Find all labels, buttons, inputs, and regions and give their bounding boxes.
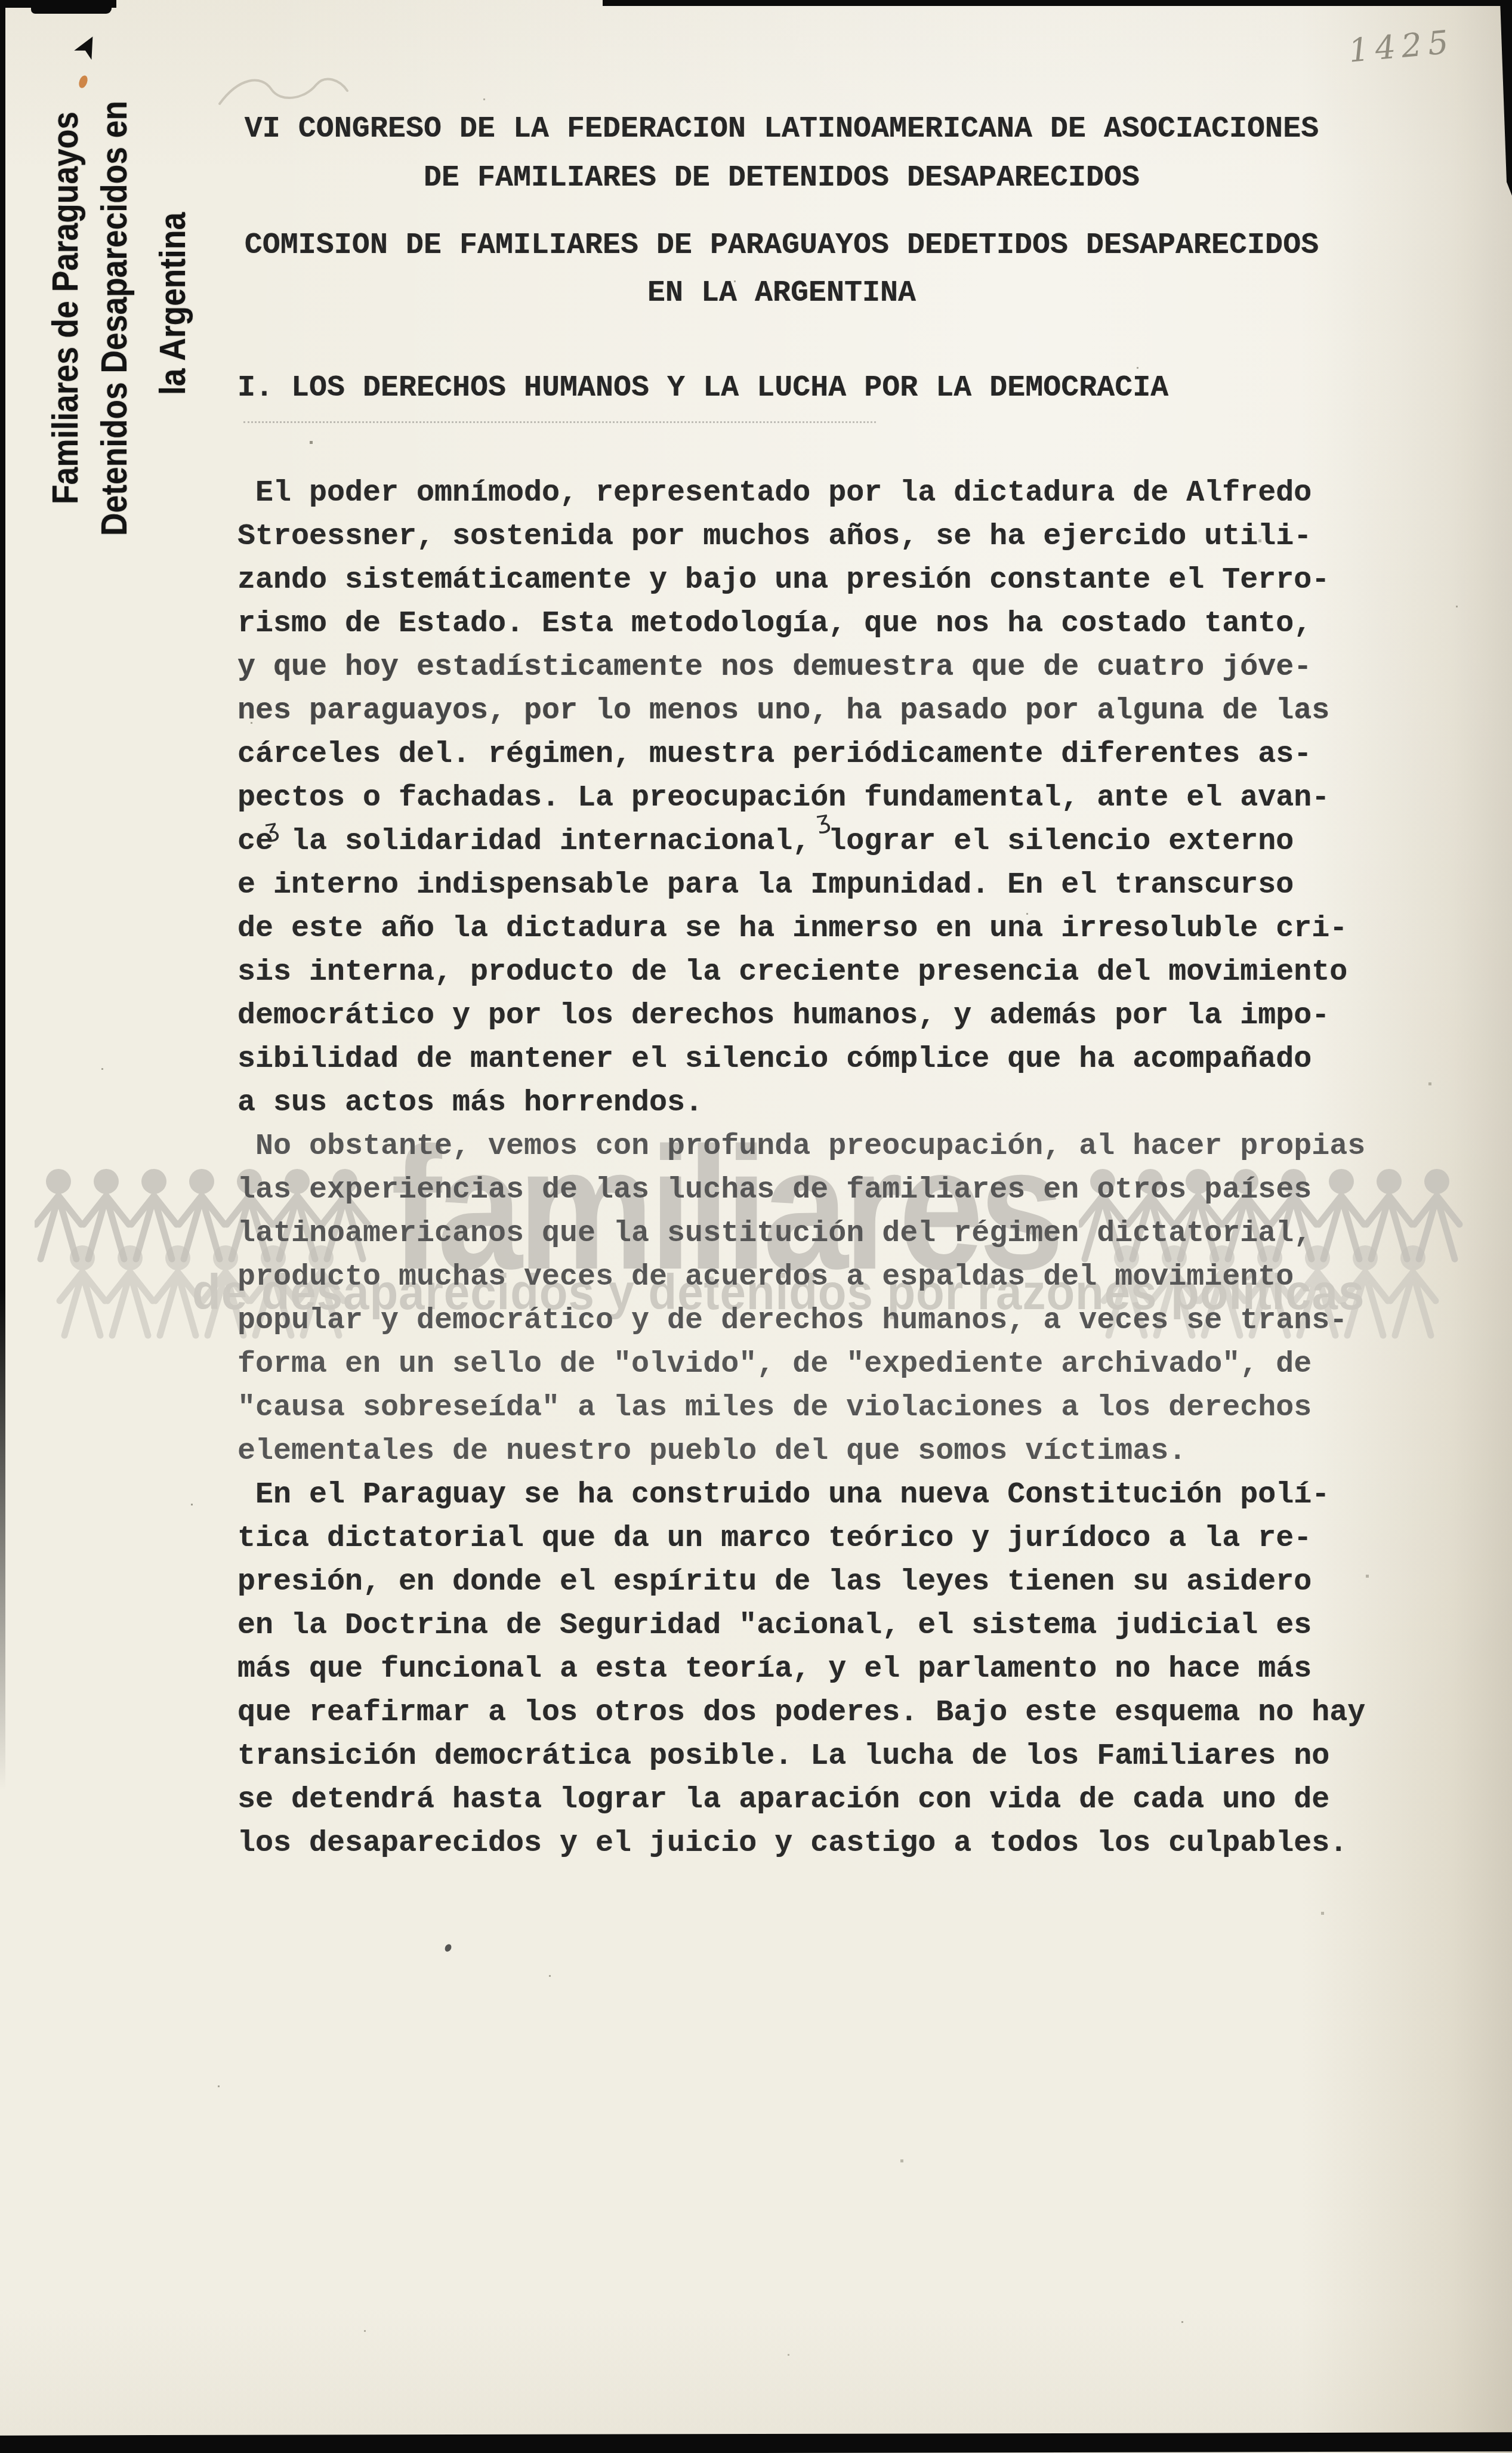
- body-text-line: forma en un sello de "olvido", de "exped…: [237, 1343, 1365, 1386]
- body-text-line: elementales de nuestro pueblo del que so…: [237, 1430, 1365, 1473]
- body-text-line: latinoamericanos que la sustitución del …: [237, 1212, 1365, 1255]
- body-text-line: pectos o fachadas. La preocupación funda…: [237, 776, 1365, 820]
- margin-stamp-line: Familiares de Paraguayos: [42, 112, 90, 504]
- body-text-line: rismo de Estado. Esta metodología, que n…: [237, 602, 1365, 646]
- scan-edge-artifact: [0, 0, 5, 1790]
- body-text-line: los desaparecidos y el juicio y castigo …: [237, 1822, 1365, 1865]
- pencil-scribble: [215, 67, 352, 126]
- body-text-line: En el Paraguay se ha construido una nuev…: [237, 1473, 1365, 1517]
- document-title-line: EN LA ARGENTINA: [203, 276, 1360, 310]
- body-text-line: y que hoy estadísticamente nos demuestra…: [237, 646, 1365, 689]
- body-text-line: No obstante, vemos con profunda preocupa…: [237, 1125, 1365, 1168]
- body-text-line: que reafirmar a los otros dos poderes. B…: [237, 1691, 1365, 1735]
- document-title-line: COMISION DE FAMILIARES DE PARAGUAYOS DED…: [203, 229, 1360, 263]
- scan-edge-artifact: [31, 0, 112, 14]
- body-text-line: Stroessner, sostenida por muchos años, s…: [237, 515, 1365, 559]
- body-text-line: popular y democrático y de derechos huma…: [237, 1299, 1365, 1343]
- body-text-line: ce la solidaridad internacional, lograr …: [237, 820, 1365, 863]
- body-text-line: El poder omnímodo, representado por la d…: [237, 471, 1365, 515]
- scan-edge-artifact: [1500, 0, 1512, 196]
- scan-edge-artifact: [0, 2432, 1512, 2453]
- body-text-line: las experiencias de las luchas de famili…: [237, 1168, 1365, 1212]
- body-text-line: e interno indispensable para la Impunida…: [237, 863, 1365, 907]
- stamp-arrow-icon: ➤: [65, 27, 109, 67]
- body-text-line: presión, en donde el espíritu de las ley…: [237, 1560, 1365, 1604]
- body-text-line: transición democrática posible. La lucha…: [237, 1735, 1365, 1778]
- heading-underline: [243, 421, 876, 423]
- body-text-line: a sus actos más horrendos.: [237, 1081, 1365, 1125]
- body-text-line: democrático y por los derechos humanos, …: [237, 994, 1365, 1038]
- scan-edge-artifact: [603, 0, 1512, 6]
- document-title-line: DE FAMILIARES DE DETENIDOS DESAPARECIDOS: [203, 161, 1360, 195]
- scanned-document-page: familiares de desaparecidos y detenidos …: [0, 0, 1512, 2453]
- body-text-line: zando sistemáticamente y bajo una presió…: [237, 559, 1365, 602]
- body-text-line: sibilidad de mantener el silencio cómpli…: [237, 1038, 1365, 1081]
- body-text-line: producto muchas veces de acuerdos a espa…: [237, 1255, 1365, 1299]
- body-text-line: tica dictatorial que da un marco teórico…: [237, 1517, 1365, 1560]
- margin-stamp-line: la Argentina: [149, 212, 197, 395]
- margin-stamp-line: Detenidos Desaparecidos en: [91, 101, 138, 536]
- scan-noise-speckles: [0, 0, 2, 2]
- body-text: El poder omnímodo, representado por la d…: [237, 471, 1365, 1865]
- document-title-line: VI CONGRESO DE LA FEDERACION LATINOAMERI…: [203, 112, 1360, 146]
- body-text-line: "causa sobreseída" a las miles de violac…: [237, 1386, 1365, 1430]
- body-text-line: en la Doctrina de Seguridad "acional, el…: [237, 1604, 1365, 1647]
- pencil-archive-number: 1425: [1347, 23, 1456, 69]
- body-text-line: de este año la dictadura se ha inmerso e…: [237, 907, 1365, 951]
- body-text-line: nes paraguayos, por lo menos uno, ha pas…: [237, 689, 1365, 733]
- section-heading: I. LOS DERECHOS HUMANOS Y LA LUCHA POR L…: [237, 371, 1168, 405]
- body-text-line: más que funcional a esta teoría, y el pa…: [237, 1647, 1365, 1691]
- ink-fleck: [78, 74, 90, 89]
- body-text-line: se detendrá hasta lograr la aparación co…: [237, 1778, 1365, 1822]
- body-text-line: sis interna, producto de la creciente pr…: [237, 951, 1365, 994]
- body-text-line: cárceles del. régimen, muestra periódica…: [237, 733, 1365, 776]
- stray-ink-dot: [443, 1943, 452, 1952]
